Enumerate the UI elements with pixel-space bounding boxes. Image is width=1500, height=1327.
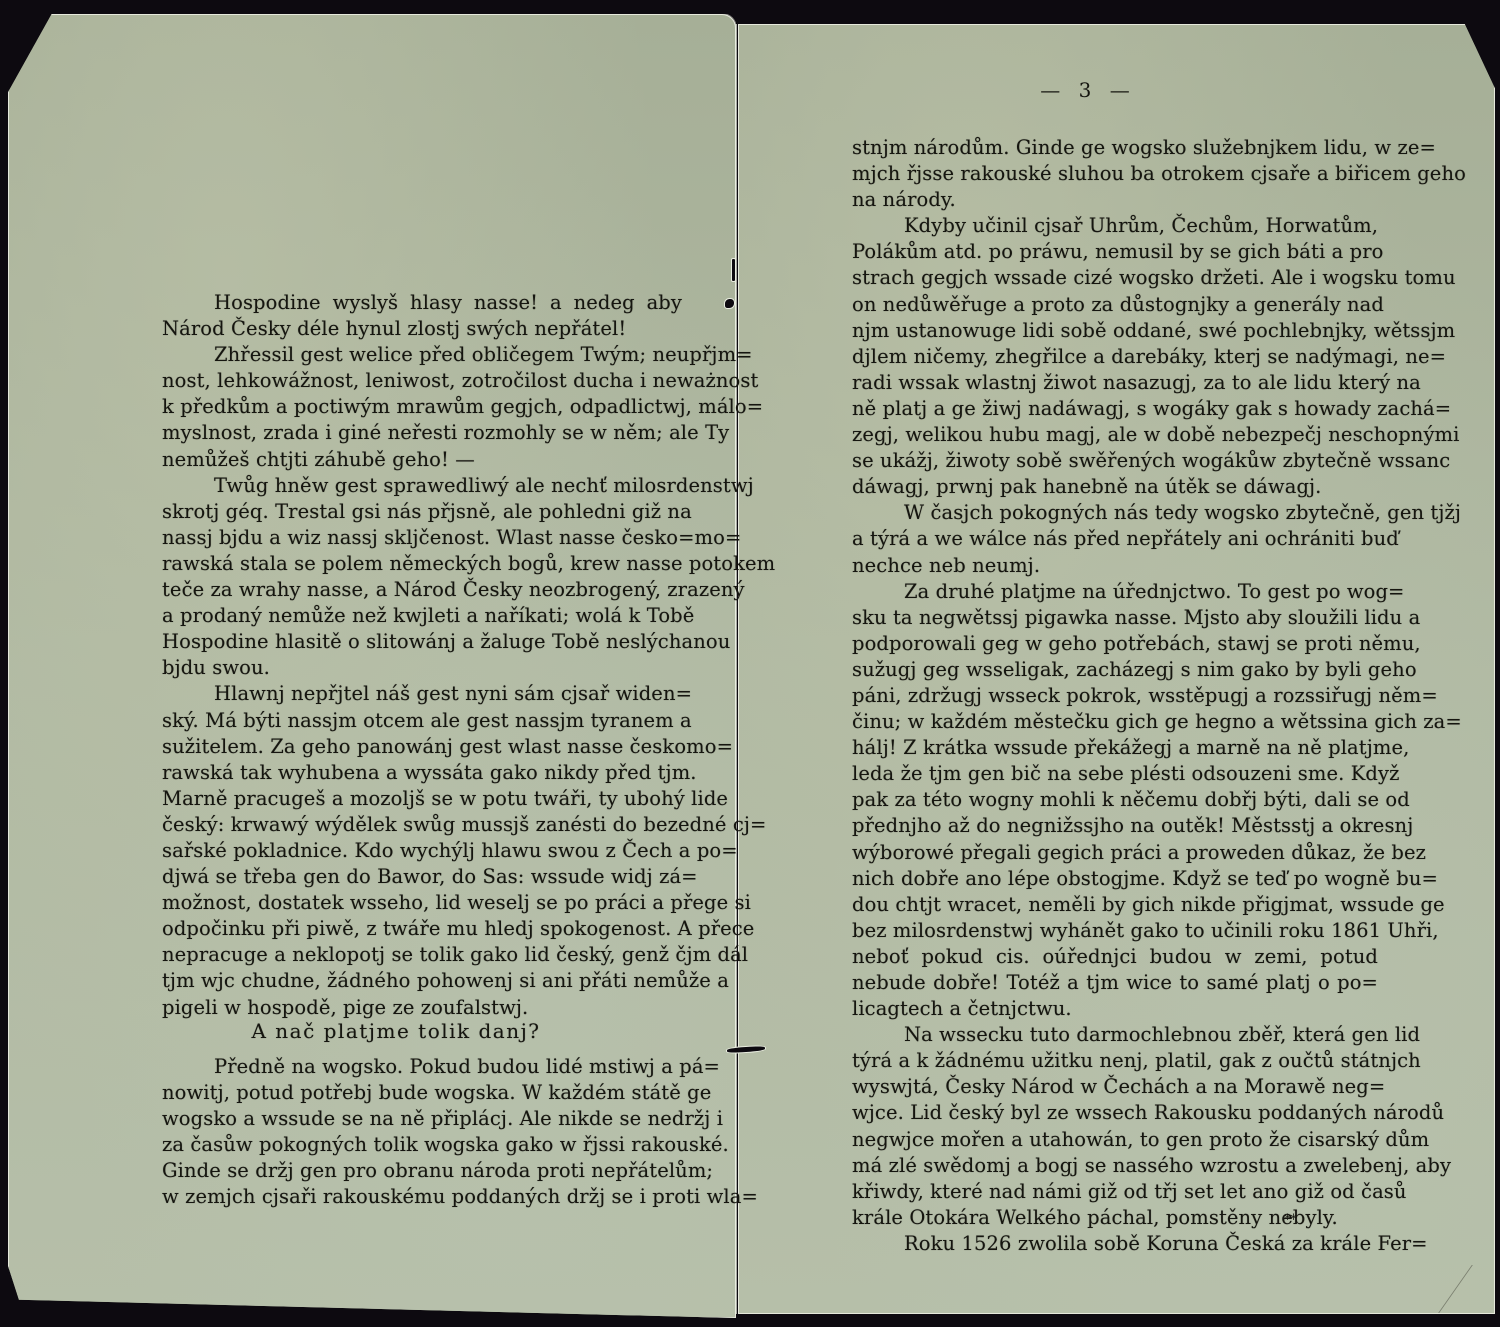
text-line: nemůžeš chtjti záhubě geho! — [110, 447, 682, 473]
printer-signature-mark: ** [1284, 1212, 1296, 1228]
text-line: pak za této wogny mohli k něčemu dobřj b… [800, 787, 1378, 813]
text-line: nich dobře ano lépe obstogjme. Když se t… [800, 866, 1378, 892]
text-line: radi wssak wlastnj žiwot nasazugj, za to… [800, 370, 1378, 396]
text-line: za časůw pokogných tolik wogska gako w ř… [110, 1132, 682, 1158]
text-line: nowitj, potud potřebj bude wogska. W kaž… [110, 1080, 682, 1106]
text-line: Polákům atd. po práwu, nemusil by se gic… [800, 239, 1378, 265]
paragraph-prayer-opening: Hospodine wyslyš hlasy nasse! a nedeg ab… [110, 290, 682, 342]
paragraph-burden: Na wssecku tuto darmochlebnou zběř, kter… [800, 1022, 1378, 1231]
text-line: týrá a k žádnému užitku nenj, platil, ga… [800, 1048, 1378, 1074]
text-line: páni, zdržugj wsseck pokrok, wsstěpugj a… [800, 683, 1378, 709]
text-line: Ginde se držj gen pro obranu národa prot… [110, 1158, 682, 1184]
text-line: k předkům a poctiwým mrawům gegjch, odpa… [110, 394, 682, 420]
text-line: wyswjtá, Česky Národ w Čechách a na Mora… [800, 1074, 1378, 1100]
text-line: dáwagj, prwnj pak hanebně na útěk se dáw… [800, 474, 1378, 500]
text-line: křiwdy, které nad námi giž od třj set le… [800, 1179, 1378, 1205]
text-line: nost, lehkowážnost, leniwost, zotročilos… [110, 368, 682, 394]
paragraph-1526: Roku 1526 zwolila sobě Koruna Česká za k… [800, 1231, 1378, 1257]
text-line: Roku 1526 zwolila sobě Koruna Česká za k… [800, 1231, 1378, 1257]
text-line: odpočinku při piwě, z twáře mu hledj spo… [110, 916, 682, 942]
left-page-body-after-heading: Předně na wogsko. Pokud budou lidé mstiw… [110, 1054, 682, 1211]
paragraph-sins: Zhřessil gest welice před obličegem Twým… [110, 342, 682, 472]
text-line: nechce neb neumj. [800, 553, 1378, 579]
text-line: w zemjch cjsaři rakouskému poddaných drž… [110, 1184, 682, 1210]
text-line: rawská stala se polem německých bogů, kr… [110, 551, 682, 577]
text-line: Za druhé platjme na úřednjctwo. To gest … [800, 579, 1378, 605]
text-line: Hospodine hlasitě o slitowánj a žaluge T… [110, 629, 682, 655]
text-line: nepracuge a neklopotj se tolik gako lid … [110, 942, 682, 968]
text-line: wjce. Lid český byl ze wssech Rakousku p… [800, 1100, 1378, 1126]
paragraph-officials: Za druhé platjme na úřednjctwo. To gest … [800, 579, 1378, 1023]
text-line: ský. Má býti nassjm otcem ale gest nassj… [110, 708, 682, 734]
text-line: neboť pokud cis. oúřednjci budou w zemi,… [800, 944, 1378, 970]
paragraph-officers: Kdyby učinil cjsař Uhrům, Čechům, Horwat… [800, 213, 1378, 500]
text-line: Hlawnj nepřjtel náš gest nyni sám cjsař … [110, 681, 682, 707]
text-line: Předně na wogsko. Pokud budou lidé mstiw… [110, 1054, 682, 1080]
text-line: sařské pokladnice. Kdo wychýlj hlawu swo… [110, 838, 682, 864]
text-line: a prodaný nemůže než kwjleti a naříkati;… [110, 603, 682, 629]
text-line: strach gegjch wssade cizé wogsko držeti.… [800, 265, 1378, 291]
text-line: nebude dobře! Totéž a tjm wice to samé p… [800, 970, 1378, 996]
binding-tear-slit [731, 258, 736, 282]
text-line: český: krwawý wýdělek swůg mussјš zanést… [110, 812, 682, 838]
text-line: teče za wrahy nasse, a Národ Česky neozb… [110, 577, 682, 603]
text-line: skrotj géq. Trestal gsi nás přjsně, ale … [110, 499, 682, 525]
text-line: leda že tjm gen bič na sebe plésti odsou… [800, 761, 1378, 787]
text-line: Hospodine wyslyš hlasy nasse! a nedeg ab… [110, 290, 682, 316]
text-line: myslnost, zrada i giné neřesti rozmohly … [110, 420, 682, 446]
text-line: djlem ničemy, zhegřilce a darebáky, kter… [800, 344, 1378, 370]
text-line: mjch řjsse rakouské sluhou ba otrokem cj… [800, 161, 1378, 187]
binding-tear-hole [724, 298, 735, 309]
text-line: on nedůwěřuge a proto za důstognjky a ge… [800, 292, 1378, 318]
text-line: Marně pracugeš a mozolјš se w potu twáři… [110, 786, 682, 812]
paragraph-emperor: Hlawnj nepřjtel náš gest nyni sám cjsař … [110, 681, 682, 1020]
text-line: pigeli w hospodě, pige ze zoufalstwj. [110, 995, 682, 1021]
paragraph-peacetime: W časjch pokogných nás tedy wogsko zbyte… [800, 500, 1378, 578]
text-line: bez milosrdenstwj wyhánět gako to učinil… [800, 918, 1378, 944]
right-page-body: stnjm národům. Ginde ge wogsko služebnjk… [800, 135, 1378, 1257]
text-line: sužitelem. Za geho panowánj gest wlast n… [110, 734, 682, 760]
text-line: njm ustanowuge lidi sobě oddané, swé poc… [800, 318, 1378, 344]
text-line: licagtech a četnjctwu. [800, 996, 1378, 1022]
paragraph-army: Předně na wogsko. Pokud budou lidé mstiw… [110, 1054, 682, 1211]
text-line: sku ta negwětssj pigawka nasse. Mjsto ab… [800, 605, 1378, 631]
text-line: činu; w každém městečku gich ge hegno a … [800, 709, 1378, 735]
text-line: tjm wjc chudne, žádného pohowenj si ani … [110, 968, 682, 994]
text-line: negwjce mořen a utahowán, to gen proto ž… [800, 1127, 1378, 1153]
text-line: djwá se třeba gen do Bawor, do Sas: wssu… [110, 864, 682, 890]
text-line: zegj, welikou hubu magj, ale w době nebe… [800, 422, 1378, 448]
left-page-body: Hospodine wyslyš hlasy nasse! a nedeg ab… [110, 290, 682, 1021]
text-line: Zhřessil gest welice před obličegem Twým… [110, 342, 682, 368]
text-line: Národ Česky déle hynul zlostj swých nepř… [110, 316, 682, 342]
text-line: dou chtjt wracet, neměli by gich nikde p… [800, 892, 1378, 918]
text-line: a týrá a we wálce nás před nepřátely ani… [800, 526, 1378, 552]
page-number: — 3 — [1018, 78, 1158, 102]
text-line: W časjch pokogných nás tedy wogsko zbyte… [800, 500, 1378, 526]
text-line: má zlé swědomj a bogj se nassého wzrostu… [800, 1153, 1378, 1179]
text-line: na národy. [800, 187, 1378, 213]
text-line: stnjm národům. Ginde ge wogsko služebnjk… [800, 135, 1378, 161]
text-line: Na wssecku tuto darmochlebnou zběř, kter… [800, 1022, 1378, 1048]
text-line: hálj! Z krátka wssude překážegj a marně … [800, 735, 1378, 761]
text-line: Twůg hněw gest sprawedliwý ale nechť mil… [110, 473, 682, 499]
text-line: se ukážj, žiwoty sobě swěřených wogákůw … [800, 448, 1378, 474]
section-heading-taxes: A nač platjme tolik danj? [110, 1019, 682, 1043]
text-line: bjdu swou. [110, 655, 682, 681]
text-line: wýborowé přegali gegich práci a proweden… [800, 840, 1378, 866]
text-line: ně platj a ge žiwj nadáwagj, s wogáky ga… [800, 396, 1378, 422]
text-line: nassj bjdu a wiz nassj skljčenost. Wlast… [110, 525, 682, 551]
document-scan: Hospodine wyslyš hlasy nasse! a nedeg ab… [0, 0, 1500, 1327]
text-line: přednjho až do negnižssjho na outěk! Měs… [800, 813, 1378, 839]
paragraph-continuation: stnjm národům. Ginde ge wogsko služebnjk… [800, 135, 1378, 213]
text-line: wogsko a wssude se na ně připlácj. Ale n… [110, 1106, 682, 1132]
text-line: sužugj geg wsseligak, zacházegj s nim ga… [800, 657, 1378, 683]
text-line: možnost, dostatek wsseho, lid weselj se … [110, 890, 682, 916]
binding-gutter [735, 24, 737, 1314]
text-line: podporowali geg w geho potřebách, stawj … [800, 631, 1378, 657]
text-line: Kdyby učinil cjsař Uhrům, Čechům, Horwat… [800, 213, 1378, 239]
paragraph-wrath: Twůg hněw gest sprawedliwý ale nechť mil… [110, 473, 682, 682]
text-line: rawská tak wyhubena a wyssáta gako nikdy… [110, 760, 682, 786]
